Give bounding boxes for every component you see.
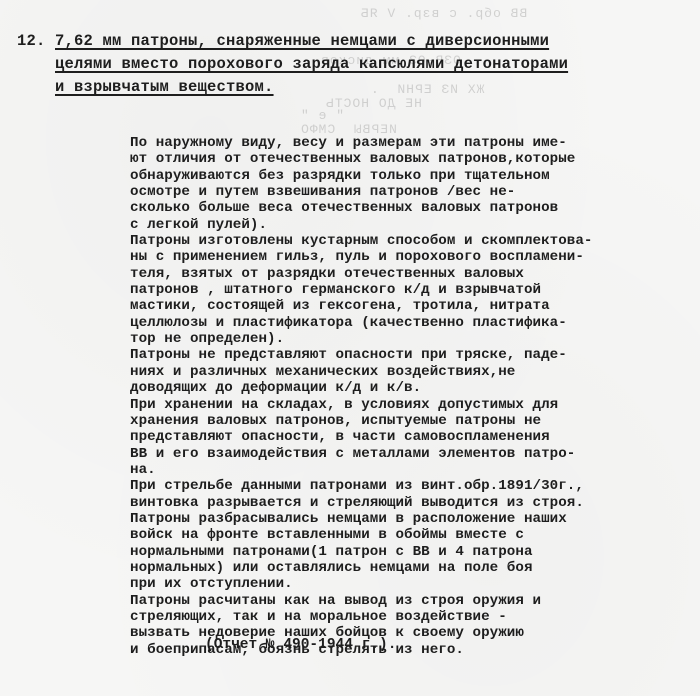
bleed-through-text: ВВ обр. с взр. V ЯБ xyxy=(360,6,527,21)
bleed-through-text: " е " xyxy=(300,108,344,123)
source-reference: (Отчет № 490-1944 г.). xyxy=(205,637,396,653)
text-line: осмотре и путем взвешивания патронов /ве… xyxy=(130,184,690,200)
text-line: Патроны не представляют опасности при тр… xyxy=(130,347,690,363)
text-line: При стрельбе данными патронами из винт.о… xyxy=(130,478,690,494)
text-line: патронов , штатного германского к/д и вз… xyxy=(130,282,690,298)
item-number: 12. xyxy=(17,30,46,53)
paragraph: При стрельбе данными патронами из винт.о… xyxy=(130,478,690,592)
section-title: 7,62 мм патроны, снаряженные немцами с д… xyxy=(55,30,655,99)
text-line: нормальных) или оставлялись немцами на п… xyxy=(130,560,690,576)
body-text: По наружному виду, весу и размерам эти п… xyxy=(130,135,690,658)
text-line: винтовка разрывается и стреляющий выводи… xyxy=(130,495,690,511)
text-line: мастики, состоящей из гексогена, тротила… xyxy=(130,298,690,314)
paragraph: При хранении на складах, в условиях допу… xyxy=(130,397,690,479)
paragraph: Патроны изготовлены кустарным способом и… xyxy=(130,233,690,347)
text-line: целлюлозы и пластификатора (качественно … xyxy=(130,315,690,331)
paragraph: По наружному виду, весу и размерам эти п… xyxy=(130,135,690,233)
text-line: хранения валовых патронов, испытуемые па… xyxy=(130,413,690,429)
text-line: на. xyxy=(130,462,690,478)
text-line: доводящих до деформации к/д и к/в. xyxy=(130,380,690,396)
text-line: ВВ и его взаимодействия с металлами элем… xyxy=(130,446,690,462)
text-line: сколько больше веса отечественных валовы… xyxy=(130,200,690,216)
text-line: ют отличия от отечественных валовых патр… xyxy=(130,151,690,167)
text-line: представляют опасности, в части самовосп… xyxy=(130,429,690,445)
text-line: ны с применением гильз, пуль и пороховог… xyxy=(130,249,690,265)
text-line: теля, взятых от разрядки отечественных в… xyxy=(130,266,690,282)
document-page: ВВ обр. с взр. V ЯБ ОЗВ-ОЗ мм дисков ЖХ … xyxy=(0,0,700,696)
text-line: ниях и различных механических воздействи… xyxy=(130,364,690,380)
paragraph: Патроны не представляют опасности при тр… xyxy=(130,347,690,396)
text-line: При хранении на складах, в условиях допу… xyxy=(130,397,690,413)
text-line: с легкой пулей). xyxy=(130,217,690,233)
text-line: войск на фронте вставленными в обоймы вм… xyxy=(130,527,690,543)
title-line: целями вместо порохового заряда капсюлям… xyxy=(55,55,568,73)
text-line: при их отступлении. xyxy=(130,576,690,592)
text-line: стреляющих, так и на моральное воздейств… xyxy=(130,609,690,625)
text-line: нормальными патронами(1 патрон с ВВ и 4 … xyxy=(130,544,690,560)
text-line: По наружному виду, весу и размерам эти п… xyxy=(130,135,690,151)
title-line: и взрывчатым веществом. xyxy=(55,78,274,96)
title-line: 7,62 мм патроны, снаряженные немцами с д… xyxy=(55,32,549,50)
text-line: Патроны разбрасывались немцами в располо… xyxy=(130,511,690,527)
text-line: тор не определен). xyxy=(130,331,690,347)
text-line: Патроны изготовлены кустарным способом и… xyxy=(130,233,690,249)
text-line: обнаруживаются без разрядки только при т… xyxy=(130,168,690,184)
text-line: Патроны расчитаны как на вывод из строя … xyxy=(130,593,690,609)
